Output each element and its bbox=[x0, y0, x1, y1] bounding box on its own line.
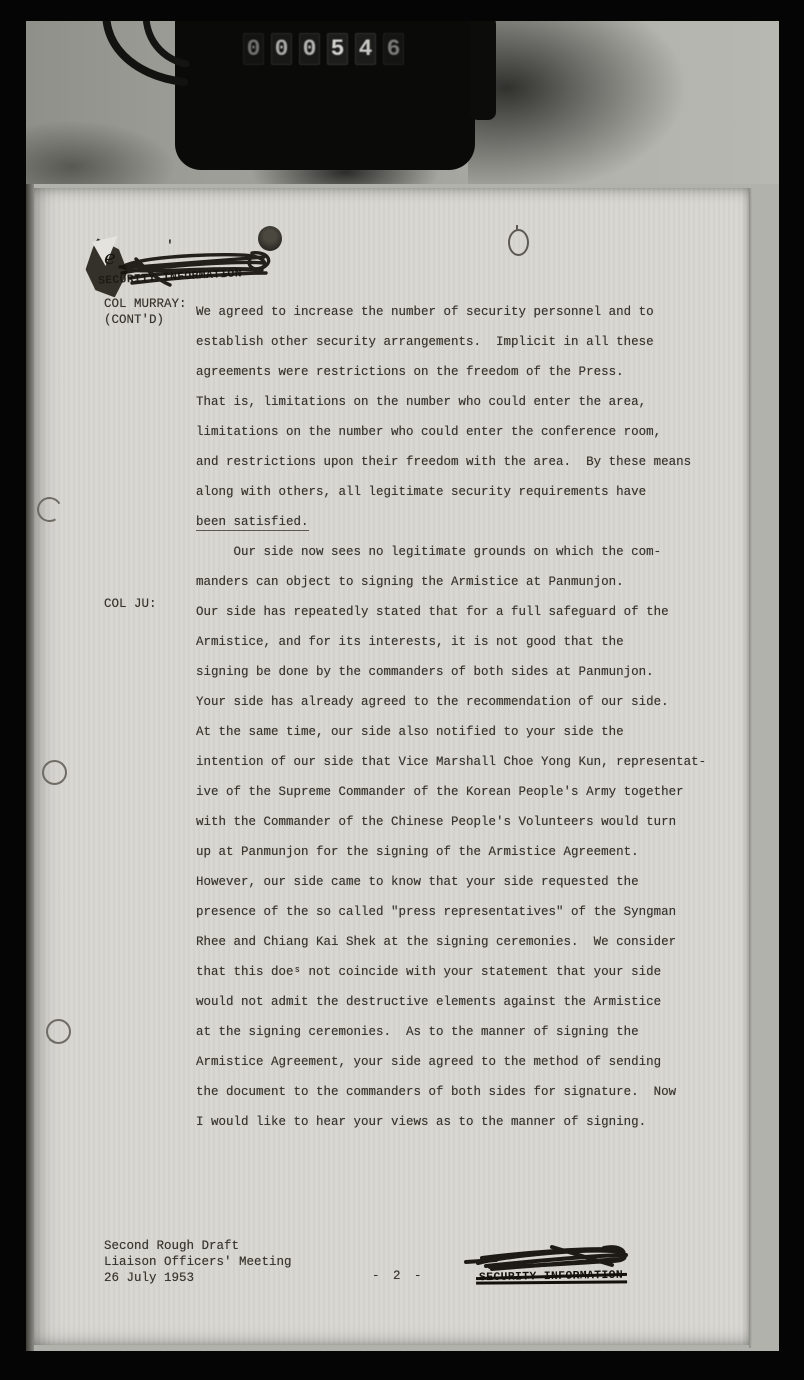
typed-line: Armistice Agreement, your side agreed to… bbox=[196, 1047, 706, 1077]
counter-digit: 6 bbox=[383, 33, 404, 65]
security-stamp-bottom: SECURITY INFORMATION bbox=[479, 1269, 623, 1285]
typed-line: at the signing ceremonies. As to the man… bbox=[196, 1017, 706, 1047]
typed-line: been satisfied. bbox=[196, 507, 706, 537]
page-left-edge bbox=[26, 184, 34, 1352]
typed-line: signing be done by the commanders of bot… bbox=[196, 657, 706, 687]
typed-line: I would like to hear your views as to th… bbox=[196, 1107, 706, 1137]
typed-line: and restrictions upon their freedom with… bbox=[196, 447, 706, 477]
counter-digit: 0 bbox=[271, 33, 292, 65]
binder-hole-2 bbox=[42, 760, 67, 785]
transcript-lines: We agreed to increase the number of secu… bbox=[196, 297, 706, 1137]
typed-line: However, our side came to know that your… bbox=[196, 867, 706, 897]
footer-draft-info: Second Rough DraftLiaison Officers' Meet… bbox=[104, 1238, 292, 1286]
film-border-right bbox=[779, 0, 804, 1380]
footer-line: Second Rough Draft bbox=[104, 1238, 292, 1254]
typed-line: establish other security arrangements. I… bbox=[196, 327, 706, 357]
page-number: - 2 - bbox=[372, 1269, 425, 1283]
typed-line: intention of our side that Vice Marshall… bbox=[196, 747, 706, 777]
speaker-label-contd: (CONT'D) bbox=[104, 313, 164, 327]
footer-line: Liaison Officers' Meeting bbox=[104, 1254, 292, 1270]
typed-line: agreements were restrictions on the free… bbox=[196, 357, 706, 387]
punch-hole-outline bbox=[508, 229, 529, 256]
counter-digit: 0 bbox=[299, 33, 320, 65]
typed-line: Armistice, and for its interests, it is … bbox=[196, 627, 706, 657]
speaker-label-ju: COL JU: bbox=[104, 597, 157, 611]
counter-digit: 5 bbox=[327, 33, 348, 65]
typed-line: with the Commander of the Chinese People… bbox=[196, 807, 706, 837]
typed-line: Your side has already agreed to the reco… bbox=[196, 687, 706, 717]
typed-line: Our side now sees no legitimate grounds … bbox=[196, 537, 706, 567]
microfilm-scan: 000546 e ' SECURITY INFORMATION COL MURR… bbox=[0, 0, 804, 1380]
typed-line: At the same time, our side also notified… bbox=[196, 717, 706, 747]
binder-hole-3 bbox=[46, 1019, 71, 1044]
film-border-left bbox=[0, 0, 26, 1380]
typed-line: would not admit the destructive elements… bbox=[196, 987, 706, 1017]
typed-line: That is, limitations on the number who c… bbox=[196, 387, 706, 417]
film-border-bottom bbox=[0, 1351, 804, 1380]
typed-line: We agreed to increase the number of secu… bbox=[196, 297, 706, 327]
typed-line: manders can object to signing the Armist… bbox=[196, 567, 706, 597]
device-shadow-right bbox=[468, 18, 683, 193]
typed-line: Our side has repeatedly stated that for … bbox=[196, 597, 706, 627]
typed-line: along with others, all legitimate securi… bbox=[196, 477, 706, 507]
footer-line: 26 July 1953 bbox=[104, 1270, 292, 1286]
typed-line: Rhee and Chiang Kai Shek at the signing … bbox=[196, 927, 706, 957]
typed-line: up at Panmunjon for the signing of the A… bbox=[196, 837, 706, 867]
typed-line: ive of the Supreme Commander of the Kore… bbox=[196, 777, 706, 807]
page-right-edge bbox=[749, 188, 752, 1348]
counter-digit: 0 bbox=[243, 33, 264, 65]
typed-line: that this doeˢ not coincide with your st… bbox=[196, 957, 706, 987]
film-border-top bbox=[0, 0, 804, 21]
typed-line: limitations on the number who could ente… bbox=[196, 417, 706, 447]
speaker-label-murray: COL MURRAY: bbox=[104, 297, 187, 311]
typed-line: presence of the so called "press represe… bbox=[196, 897, 706, 927]
pen-scribble-top bbox=[112, 243, 277, 295]
typed-line: the document to the commanders of both s… bbox=[196, 1077, 706, 1107]
counter-knob bbox=[470, 16, 496, 120]
frame-counter: 000546 bbox=[243, 33, 404, 65]
counter-digit: 4 bbox=[355, 33, 376, 65]
